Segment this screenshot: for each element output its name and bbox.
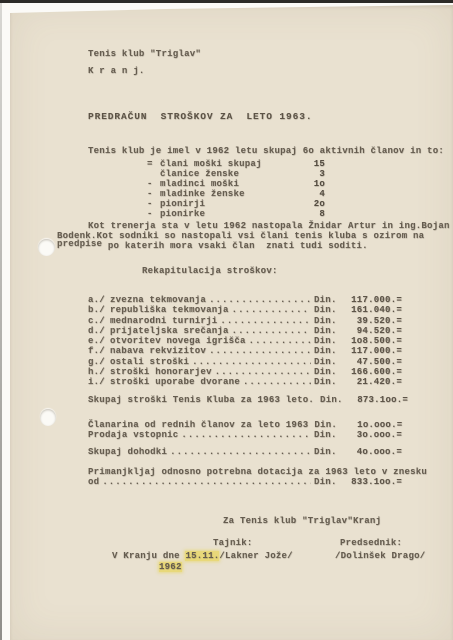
secretary-title: Tajnik: bbox=[213, 538, 253, 548]
president-title: Predsednik: bbox=[340, 538, 402, 548]
currency-label: Din. bbox=[314, 305, 344, 315]
currency-label: Din. bbox=[314, 326, 344, 336]
member-count: 2o bbox=[314, 199, 325, 209]
income-row-tickets: Prodaja vstopnicDin.3o.ooo.= bbox=[88, 430, 402, 440]
total-income-row: Skupaj dohodkiDin.4o.ooo.= bbox=[88, 447, 402, 457]
member-count: 8 bbox=[319, 209, 325, 219]
dot-leader bbox=[102, 477, 311, 487]
item-letter: b./ bbox=[88, 305, 110, 315]
dot-leader bbox=[192, 357, 311, 367]
org-city: K r a n j. bbox=[88, 66, 145, 76]
item-label: stroški honorarjev bbox=[110, 367, 212, 377]
item-label: ostali stroški bbox=[110, 357, 189, 367]
underline-rule bbox=[86, 78, 148, 84]
total-costs-label: Skupaj stroški Tenis Kluba za 1963 leto. bbox=[88, 395, 314, 405]
deficit-label: od bbox=[88, 477, 99, 487]
dot-leader bbox=[215, 367, 311, 377]
dot-leader bbox=[220, 316, 311, 326]
dash-mark: = bbox=[147, 159, 160, 169]
income-label: Članarina od rednih članov za leto 1963 bbox=[88, 420, 308, 430]
recap-underline-rule bbox=[140, 278, 276, 284]
place-date-prefix: V Kranju dne bbox=[112, 551, 185, 561]
cost-item-row: f./nabava rekvizitovDin.117.000.= bbox=[88, 346, 402, 356]
currency-label: Din. bbox=[314, 336, 344, 346]
member-count: 4 bbox=[319, 189, 325, 199]
deficit-amount: 833.1oo.= bbox=[344, 477, 402, 487]
deficit-line: Primanjkljaj odnosno potrebna dotacija z… bbox=[88, 467, 427, 477]
separator-rule bbox=[88, 457, 402, 463]
currency-label: Din. bbox=[320, 395, 350, 405]
double-rule bbox=[88, 408, 402, 414]
double-rule bbox=[88, 490, 402, 496]
dash-mark: - bbox=[147, 179, 160, 189]
cost-item-row: g./ostali stroškiDin.47.500.= bbox=[88, 357, 402, 367]
member-label: pionirke bbox=[160, 209, 205, 219]
paragraph-line: predpise po katerih mora vsaki član znat… bbox=[57, 241, 368, 251]
item-amount: 1o8.500.= bbox=[344, 336, 402, 346]
dot-leader bbox=[181, 430, 311, 440]
scan-background: Tenis klub "Triglav" K r a n j. PREDRAČU… bbox=[0, 0, 453, 640]
highlighted-year-wrap: 1962 bbox=[159, 562, 182, 572]
cost-item-row: i./stroški uporabe dvoraneDin.21.420.= bbox=[88, 377, 402, 387]
dot-leader bbox=[232, 305, 311, 315]
place-date-line: V Kranju dne 15.11./Lakner Jože/ bbox=[112, 551, 293, 561]
item-label: otvoritev novega igrišča bbox=[110, 336, 246, 346]
currency-label: Din. bbox=[314, 357, 344, 367]
currency-label: Din. bbox=[314, 477, 344, 487]
paragraph-line: Bodenk.Kot sodniki so nastopali vsi član… bbox=[57, 231, 424, 241]
item-letter: e./ bbox=[88, 336, 110, 346]
member-row: =člani moški skupaj15 bbox=[147, 159, 325, 169]
dash-mark: - bbox=[147, 189, 160, 199]
item-amount: 117.000.= bbox=[344, 346, 402, 356]
income-label: Prodaja vstopnic bbox=[88, 430, 178, 440]
cost-item-row: b./republiška tekmovanjaDin.161.040.= bbox=[88, 305, 402, 315]
item-amount: 47.500.= bbox=[344, 357, 402, 367]
dash-mark: - bbox=[147, 209, 160, 219]
typewritten-content: Tenis klub "Triglav" K r a n j. PREDRAČU… bbox=[0, 0, 453, 640]
item-amount: 94.520.= bbox=[344, 326, 402, 336]
total-income-amount: 4o.ooo.= bbox=[344, 447, 402, 457]
item-amount: 21.420.= bbox=[344, 377, 402, 387]
currency-label: Din. bbox=[314, 377, 344, 387]
member-label: članice ženske bbox=[160, 169, 239, 179]
dot-leader bbox=[232, 326, 311, 336]
page-title: PREDRAČUN STROŠKOV ZA LETO 1963. bbox=[88, 112, 312, 122]
org-name: Tenis klub "Triglav" bbox=[88, 49, 201, 59]
total-costs-amount: 873.1oo.= bbox=[350, 395, 408, 405]
currency-label: Din. bbox=[314, 316, 344, 326]
dot-leader bbox=[209, 346, 311, 356]
item-label: republiška tekmovanja bbox=[110, 305, 229, 315]
currency-label: Din. bbox=[314, 367, 344, 377]
raised-word: predpise bbox=[57, 239, 102, 249]
item-label: prijateljska srečanja bbox=[110, 326, 229, 336]
member-count: 3 bbox=[319, 169, 325, 179]
dot-leader bbox=[170, 447, 311, 457]
currency-label: Din. bbox=[314, 295, 344, 305]
member-label: pionirji bbox=[160, 199, 205, 209]
currency-label: Din. bbox=[314, 430, 344, 440]
president-name: /Dolinšek Drago/ bbox=[335, 551, 425, 561]
currency-label: Din. bbox=[314, 420, 344, 430]
highlighted-year: 1962 bbox=[159, 562, 182, 572]
secretary-name: /Lakner Jože/ bbox=[219, 551, 292, 561]
paragraph-line: Kot trenerja sta v letu 1962 nastopala Ž… bbox=[88, 221, 450, 231]
title-underline-rule bbox=[87, 125, 299, 131]
income-amount: 1o.ooo.= bbox=[344, 420, 402, 430]
item-letter: d./ bbox=[88, 326, 110, 336]
cost-item-row: d./prijateljska srečanjaDin.94.520.= bbox=[88, 326, 402, 336]
member-count: 1o bbox=[314, 179, 325, 189]
deficit-row: odDin.833.1oo.= bbox=[88, 477, 402, 487]
paragraph-rest: po katerih mora vsaki član znati tudi so… bbox=[102, 241, 368, 251]
member-row: -pionirke8 bbox=[147, 209, 325, 219]
cost-items-table: a./zvezna tekmovanjaDin.117.000.= b./rep… bbox=[88, 295, 402, 388]
member-label: mladinke ženske bbox=[160, 189, 245, 199]
item-amount: 166.600.= bbox=[344, 367, 402, 377]
currency-label: Din. bbox=[314, 346, 344, 356]
member-label: člani moški skupaj bbox=[160, 159, 262, 169]
income-amount: 3o.ooo.= bbox=[344, 430, 402, 440]
income-row-membership: Članarina od rednih članov za leto 1963D… bbox=[88, 420, 402, 430]
cost-item-row: c./mednarodni turnirjiDin.39.520.= bbox=[88, 316, 402, 326]
recap-heading: Rekapitulacija stroškov: bbox=[142, 266, 278, 276]
member-count: 15 bbox=[314, 159, 325, 169]
separator-rule bbox=[88, 388, 402, 394]
item-amount: 117.000.= bbox=[344, 295, 402, 305]
item-letter: g./ bbox=[88, 357, 110, 367]
member-row: -mladinci moški1o bbox=[147, 179, 325, 189]
dot-leader bbox=[249, 336, 311, 346]
cost-item-row: h./stroški honorarjevDin.166.600.= bbox=[88, 367, 402, 377]
intro-line: Tenis klub je imel v 1962 letu skupaj 6o… bbox=[88, 146, 444, 156]
member-row: -mladinke ženske4 bbox=[147, 189, 325, 199]
highlighted-date: 15.11. bbox=[185, 551, 219, 561]
item-letter: c./ bbox=[88, 316, 110, 326]
item-amount: 161.040.= bbox=[344, 305, 402, 315]
dot-leader bbox=[209, 295, 311, 305]
member-row: -pionirji2o bbox=[147, 199, 325, 209]
item-letter: i./ bbox=[88, 377, 110, 387]
dash-mark: - bbox=[147, 199, 160, 209]
member-row: članice ženske3 bbox=[147, 169, 325, 179]
total-costs-row: Skupaj stroški Tenis Kluba za 1963 leto.… bbox=[88, 395, 402, 405]
item-letter: h./ bbox=[88, 367, 110, 377]
cost-item-row: a./zvezna tekmovanjaDin.117.000.= bbox=[88, 295, 402, 305]
item-label: mednarodni turnirji bbox=[110, 316, 217, 326]
item-label: zvezna tekmovanja bbox=[110, 295, 206, 305]
separator-rule bbox=[88, 440, 402, 446]
cost-item-row: e./otvoritev novega igriščaDin.1o8.500.= bbox=[88, 336, 402, 346]
item-label: nabava rekvizitov bbox=[110, 346, 206, 356]
item-label: stroški uporabe dvorane bbox=[110, 377, 240, 387]
currency-label: Din. bbox=[314, 447, 344, 457]
total-income-label: Skupaj dohodki bbox=[88, 447, 167, 457]
item-letter: a./ bbox=[88, 295, 110, 305]
item-letter: f./ bbox=[88, 346, 110, 356]
dot-leader bbox=[243, 377, 311, 387]
member-list: =člani moški skupaj15 članice ženske3 -m… bbox=[147, 159, 325, 219]
signature-for-line: Za Tenis klub "Triglav"Kranj bbox=[223, 516, 381, 526]
member-label: mladinci moški bbox=[160, 179, 239, 189]
item-amount: 39.520.= bbox=[344, 316, 402, 326]
